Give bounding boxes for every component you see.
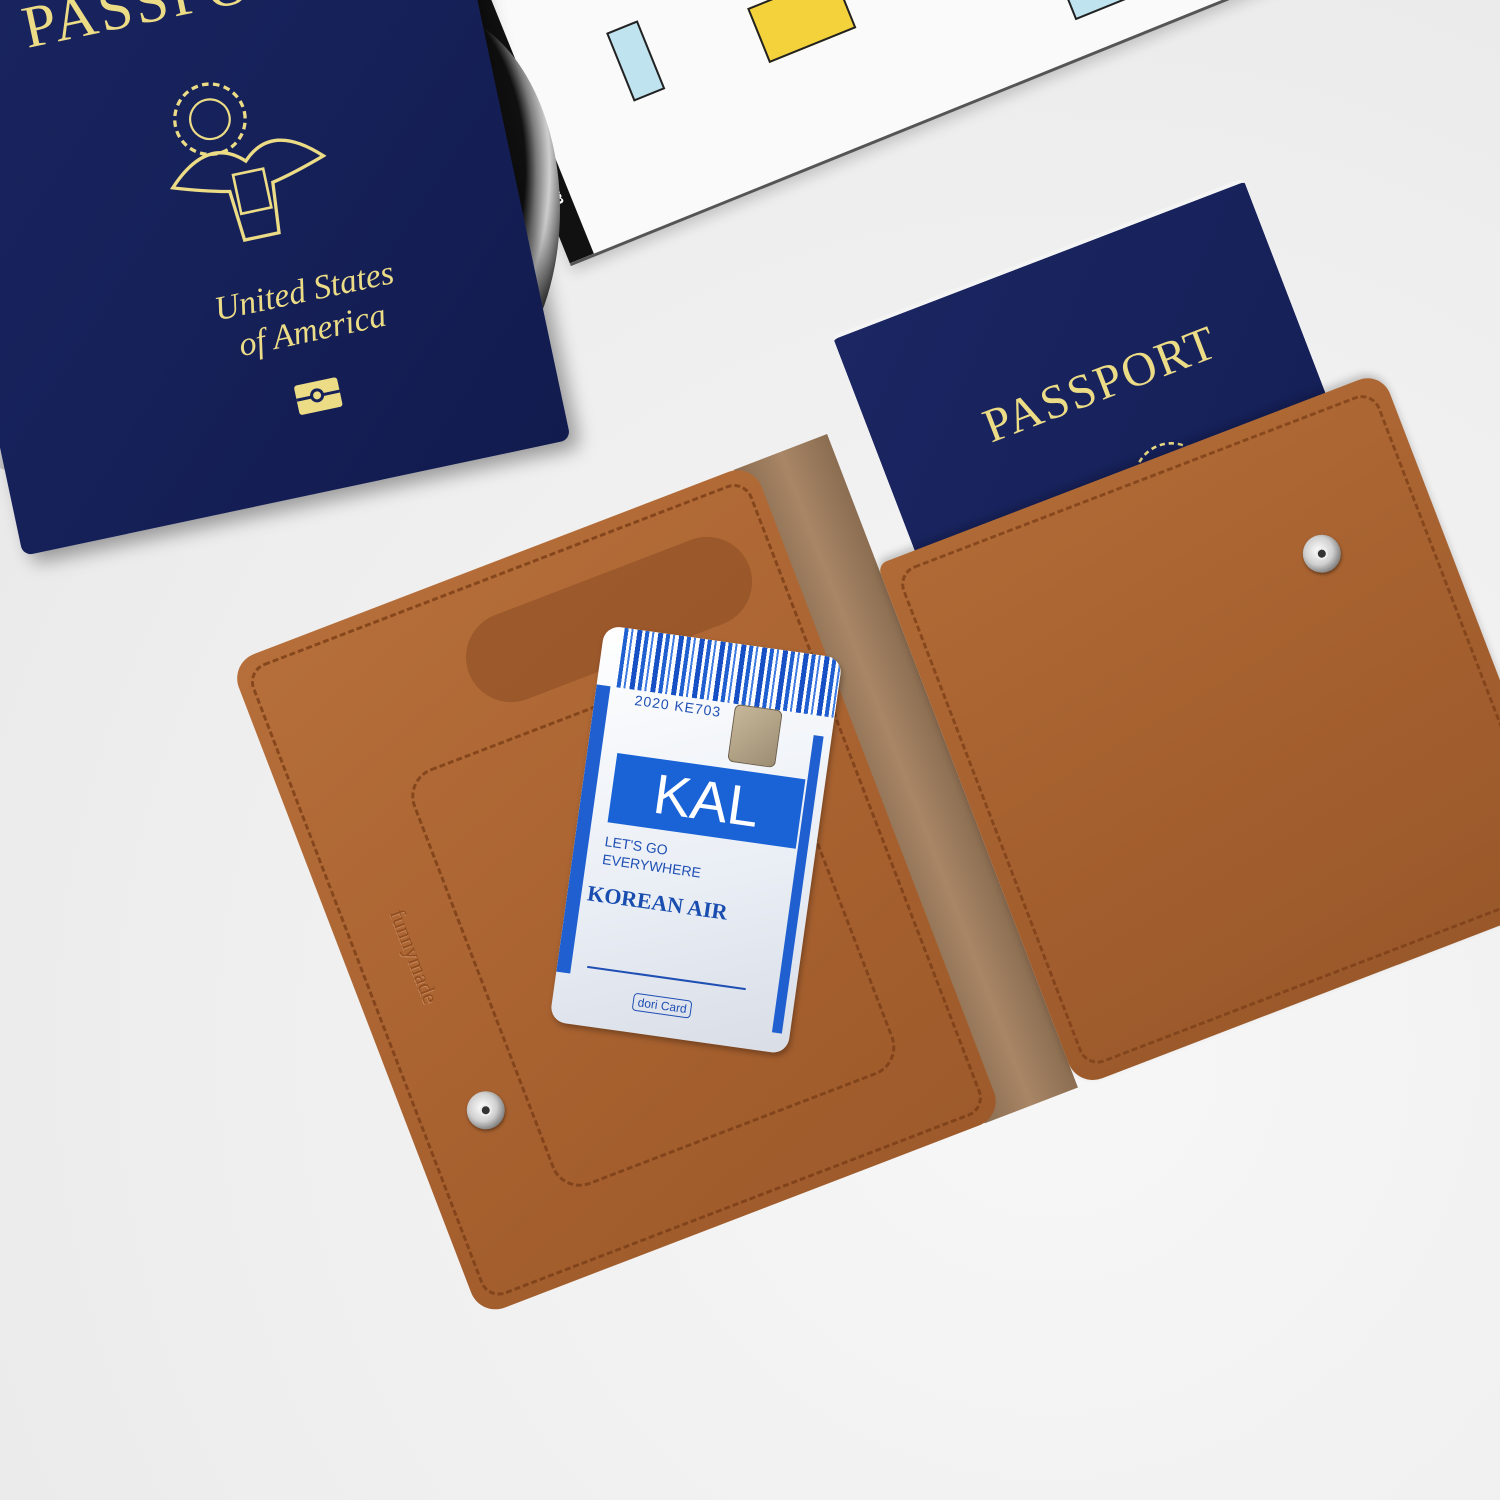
card-chip-icon (727, 704, 783, 768)
airline-logo: KAL (608, 753, 806, 849)
eagle-seal-icon (115, 31, 376, 292)
airline-name: KOREAN AIR (586, 880, 729, 925)
illustration-sign (1059, 0, 1190, 20)
card-type: dori Card (632, 993, 693, 1019)
illustration-taxi (747, 0, 856, 63)
illustration-person (606, 20, 665, 101)
signature-line (587, 966, 746, 990)
airline-slogan: LET'S GO EVERYWHERE (601, 832, 704, 881)
